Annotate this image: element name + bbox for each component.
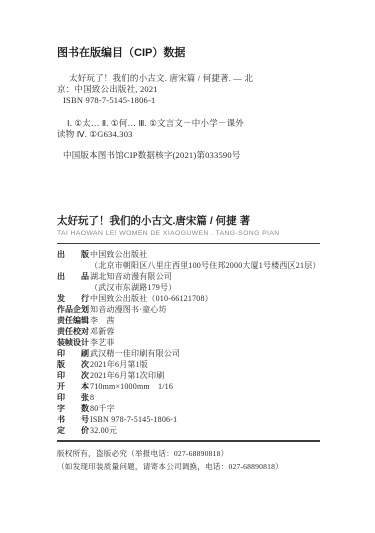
info-row-printer: 印 刷 武汉精一佳印刷有限公司: [57, 348, 320, 359]
title-block: 太好玩了！我们的小古文.唐宋篇 / 何捷 著 TAI HAOWAN LE! WO…: [57, 215, 320, 244]
info-label: 字 数: [57, 403, 90, 414]
info-label: 作品企划: [57, 304, 90, 315]
info-row-distributor: 发 行 中国致公出版社（010-66121708）: [57, 293, 320, 304]
info-label: 出 版: [57, 249, 90, 260]
cip-paragraph-line-1: 太好玩了！我们的小古文. 唐宋篇 / 何捷著. — 北: [57, 73, 320, 84]
info-value: 湖北知音动漫有限公司: [90, 271, 172, 282]
copyright-note: 版权所有，盗版必究（举报电话：027-68890818）: [57, 447, 320, 460]
info-row-planning: 作品企划 知音动漫图书·童心坊: [57, 304, 320, 315]
info-value: 李艺菲: [90, 337, 115, 348]
title-divider: [57, 243, 320, 244]
info-row-edition: 版 次 2021年6月第1版: [57, 359, 320, 370]
bottom-notes: 版权所有，盗版必究（举报电话：027-68890818） （如发现印装质量问题，…: [57, 447, 320, 473]
cip-heading: 图书在版编目（CIP）数据: [57, 47, 320, 60]
info-label: 印 刷: [57, 348, 90, 359]
info-row-editor: 责任编辑 李 茜: [57, 315, 320, 326]
info-value: 80千字: [90, 403, 115, 414]
cip-record-number: 中国版本图书馆CIP数据核字(2021)第033590号: [57, 150, 320, 161]
info-value: 李 茜: [90, 315, 115, 326]
info-row-producer: 出 品 湖北知音动漫有限公司: [57, 271, 320, 282]
book-title: 太好玩了！我们的小古文.唐宋篇 / 何捷 著: [57, 215, 320, 227]
info-label: 印 张: [57, 392, 90, 403]
info-value: 武汉精一佳印刷有限公司: [90, 348, 180, 359]
quality-note: （如发现印装质量问题，请寄本公司调换，电话：027-68890818）: [57, 460, 320, 473]
info-row-format: 开 本 710mm×1000mm 1/16: [57, 381, 320, 392]
info-label: 印 次: [57, 370, 90, 381]
info-row-isbn: 书 号 ISBN 978-7-5145-1806-1: [57, 414, 320, 425]
info-label: 版 次: [57, 359, 90, 370]
info-value: 知音动漫图书·童心坊: [90, 304, 167, 315]
info-value: 710mm×1000mm 1/16: [90, 381, 173, 392]
info-row-designer: 装帧设计 李艺菲: [57, 337, 320, 348]
info-label: 书 号: [57, 414, 90, 425]
cip-paragraph-line-2: 京：中国致公出版社, 2021: [57, 84, 320, 95]
classification-line-1: Ⅰ. ①太… Ⅱ. ①何… Ⅲ. ①文言文－中小学－课外: [57, 118, 320, 129]
producer-address: （武汉市东湖路179号）: [57, 282, 320, 293]
info-row-publisher: 出 版 中国致公出版社: [57, 249, 320, 260]
info-row-proofreader: 责任校对 邓新蓉: [57, 326, 320, 337]
info-value: 8: [90, 392, 94, 403]
info-label: 定 价: [57, 425, 90, 436]
info-value: 邓新蓉: [90, 326, 115, 337]
info-label: 装帧设计: [57, 337, 90, 348]
info-value: 32.00元: [90, 425, 117, 436]
info-value: 2021年6月第1次印刷: [90, 370, 164, 381]
info-value: ISBN 978-7-5145-1806-1: [90, 414, 177, 425]
bottom-divider: [57, 440, 320, 442]
info-label: 发 行: [57, 293, 90, 304]
info-label: 责任校对: [57, 326, 90, 337]
book-title-pinyin: TAI HAOWAN LE! WOMEN DE XIAOGUWEN . TANG…: [57, 229, 320, 238]
info-value: 中国致公出版社（010-66121708）: [90, 293, 213, 304]
info-row-wordcount: 字 数 80千字: [57, 403, 320, 414]
page-content: 图书在版编目（CIP）数据 太好玩了！我们的小古文. 唐宋篇 / 何捷著. — …: [57, 47, 320, 473]
info-row-impression: 印 次 2021年6月第1次印刷: [57, 370, 320, 381]
info-label: 出 品: [57, 271, 90, 282]
info-row-price: 定 价 32.00元: [57, 425, 320, 436]
classification-line-2: 读物 Ⅳ. ①G634.303: [57, 129, 320, 140]
isbn-line: ISBN 978-7-5145-1806-1: [57, 95, 320, 106]
info-row-sheets: 印 张 8: [57, 392, 320, 403]
info-value: 2021年6月第1版: [90, 359, 148, 370]
publication-info-list: 出 版 中国致公出版社 （北京市朝阳区八里庄西里100号住邦2000大厦1号楼西…: [57, 249, 320, 436]
info-label: 开 本: [57, 381, 90, 392]
info-label: 责任编辑: [57, 315, 90, 326]
copyright-page: 图书在版编目（CIP）数据 太好玩了！我们的小古文. 唐宋篇 / 何捷著. — …: [0, 0, 375, 533]
info-value: 中国致公出版社: [90, 249, 147, 260]
cip-block: 图书在版编目（CIP）数据 太好玩了！我们的小古文. 唐宋篇 / 何捷著. — …: [57, 47, 320, 161]
publisher-address: （北京市朝阳区八里庄西里100号住邦2000大厦1号楼西区21层）: [57, 260, 320, 271]
